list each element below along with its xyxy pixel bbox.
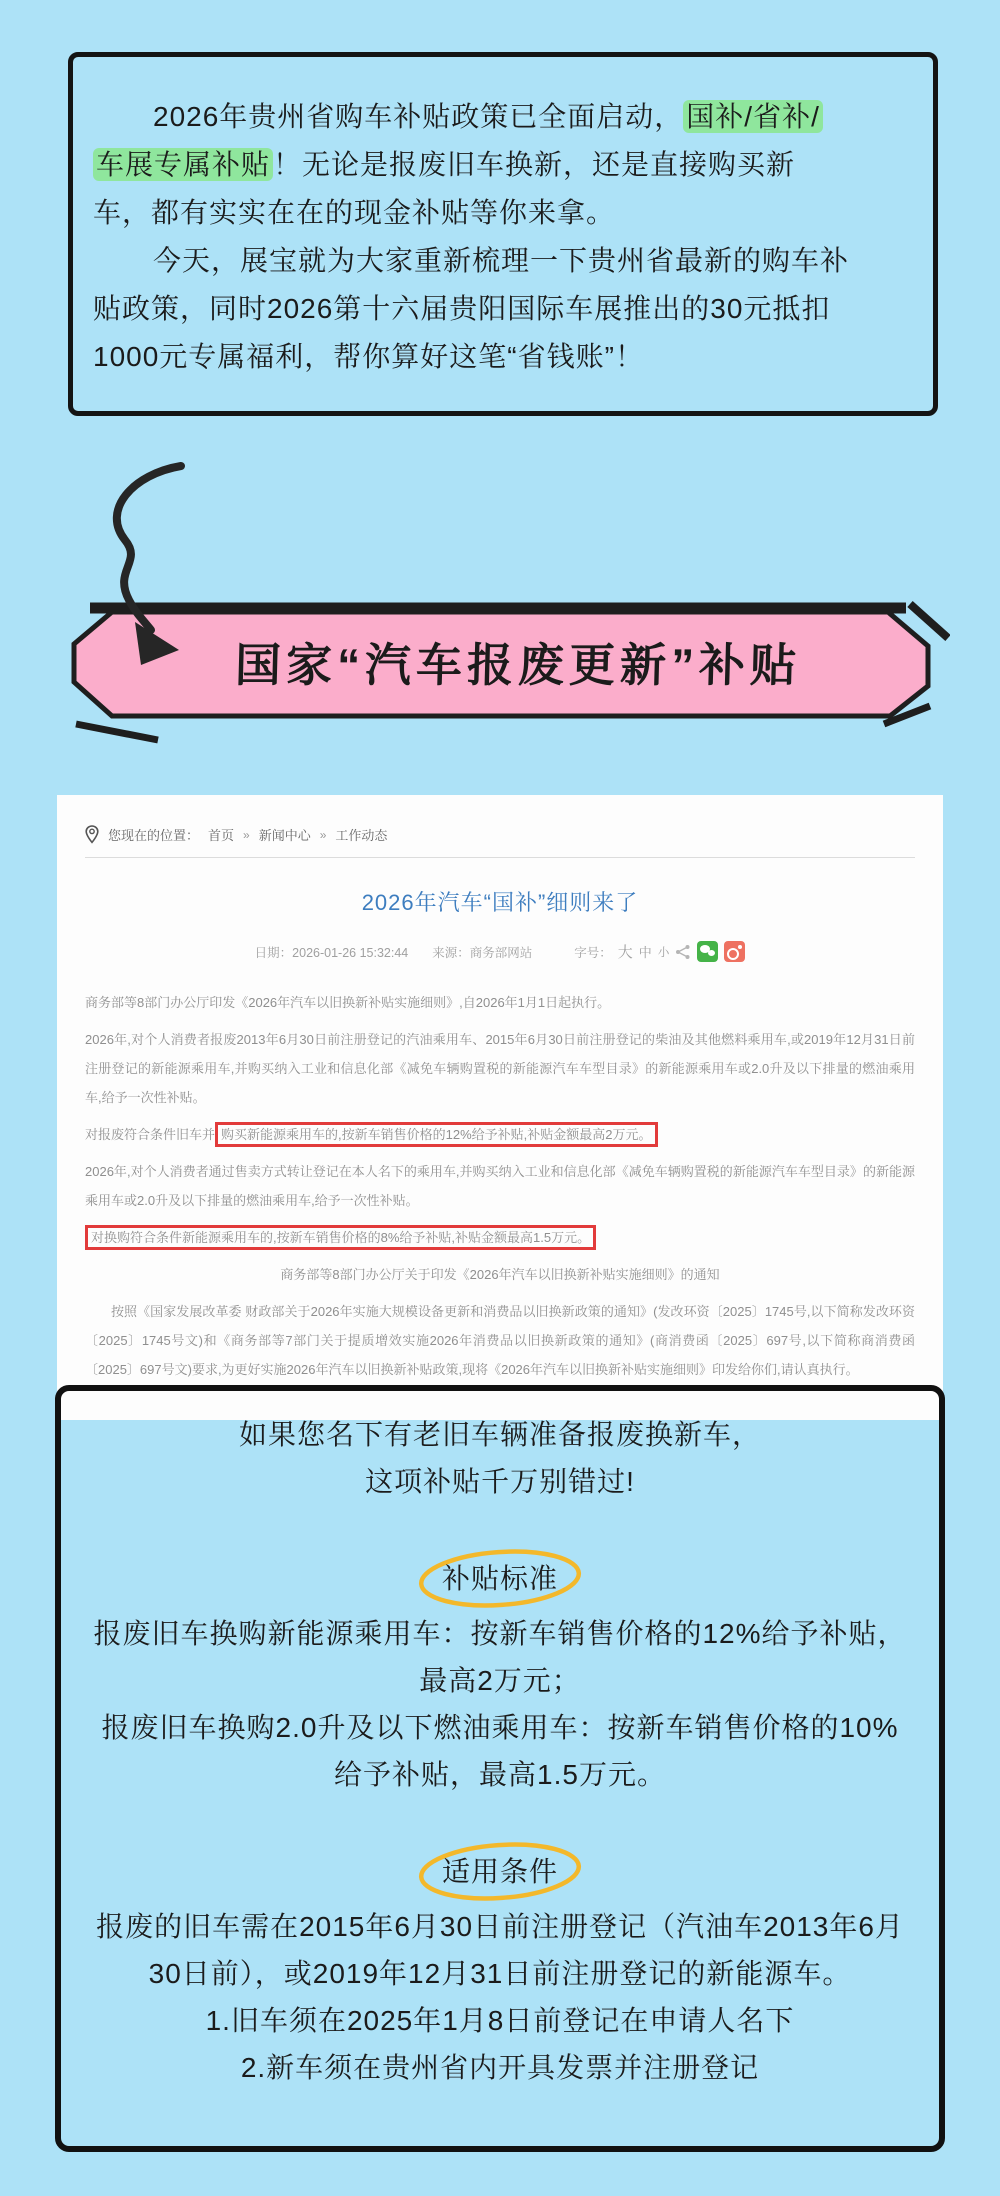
- wechat-icon[interactable]: [697, 941, 718, 962]
- intro-line: 2026年贵州省购车补贴政策已全面启动，国补/省补/: [93, 93, 913, 141]
- standard-item: 报废旧车换购新能源乘用车：按新车销售价格的12%给予补贴，最高2万元；: [91, 1610, 909, 1704]
- breadcrumb-separator: »: [320, 828, 327, 842]
- intro-text: 车，都有实实在在的现金补贴等你来拿。: [93, 197, 615, 228]
- conditions-title-circled: 适用条件: [416, 1840, 584, 1903]
- font-size-small-button[interactable]: 小: [658, 944, 670, 960]
- share-icon[interactable]: [675, 944, 691, 960]
- gov-website-screenshot: 您现在的位置： 首页 » 新闻中心 » 工作动态 2026年汽车“国补”细则来了…: [57, 795, 943, 1420]
- section-heading: 补贴标准: [442, 1563, 558, 1594]
- details-intro-line: 这项补贴千万别错过!: [91, 1458, 909, 1505]
- article-body: 商务部等8部门办公厅印发《2026年汽车以旧换新补贴实施细则》,自2026年1月…: [85, 988, 915, 1384]
- font-size-medium-button[interactable]: 中: [639, 942, 652, 961]
- red-highlight-box: 对换购符合条件新能源乘用车的,按新车销售价格的8%给予补贴,补贴金额最高1.5万…: [85, 1225, 596, 1250]
- section-heading: 适用条件: [442, 1856, 558, 1887]
- font-size-label: 字号：: [574, 943, 612, 961]
- location-pin-icon: [85, 825, 99, 844]
- divider: [85, 857, 915, 858]
- condition-item: 2.新车须在贵州省内开具发票并注册登记: [91, 2044, 909, 2091]
- breadcrumb-link-updates[interactable]: 工作动态: [335, 825, 387, 844]
- intro-box: 2026年贵州省购车补贴政策已全面启动，国补/省补/ 车展专属补贴！无论是报废旧…: [68, 52, 938, 416]
- intro-text: 贴政策，同时2026第十六届贵阳国际车展推出的30元抵扣: [93, 293, 830, 324]
- breadcrumb-link-home[interactable]: 首页: [208, 825, 234, 844]
- article-paragraph: 对报废符合条件旧车并购买新能源乘用车的,按新车销售价格的12%给予补贴,补贴金额…: [85, 1120, 915, 1149]
- article-paragraph: 商务部等8部门办公厅印发《2026年汽车以旧换新补贴实施细则》,自2026年1月…: [85, 988, 915, 1017]
- article-paragraph: 2026年,对个人消费者通过售卖方式转让登记在本人名下的乘用车,并购买纳入工业和…: [85, 1157, 915, 1215]
- subsidy-details-box: 如果您名下有老旧车辆准备报废换新车， 这项补贴千万别错过! 补贴标准 报废旧车换…: [55, 1385, 945, 2152]
- red-highlight-box: 购买新能源乘用车的,按新车销售价格的12%给予补贴,补贴金额最高2万元。: [215, 1122, 657, 1147]
- section-title: 国家“汽车报废更新”补贴: [58, 606, 951, 724]
- intro-text: ！无论是报废旧车换新，还是直接购买新: [273, 149, 795, 180]
- article-text: 对报废符合条件旧车并: [85, 1127, 215, 1142]
- intro-line: 贴政策，同时2026第十六届贵阳国际车展推出的30元抵扣: [93, 285, 913, 333]
- breadcrumb: 您现在的位置： 首页 » 新闻中心 » 工作动态: [85, 795, 915, 844]
- intro-line: 今天，展宝就为大家重新梳理一下贵州省最新的购车补: [93, 237, 913, 285]
- condition-item: 1.旧车须在2025年1月8日前登记在申请人名下: [91, 1997, 909, 2044]
- standards-title-circled: 补贴标准: [416, 1547, 584, 1610]
- highlight-text: 国补/省补/: [683, 100, 823, 133]
- condition-intro: 报废的旧车需在2015年6月30日前注册登记（汽油车2013年6月30日前），或…: [91, 1903, 909, 1997]
- article-paragraph: 按照《国家发展改革委 财政部关于2026年实施大规模设备更新和消费品以旧换新政策…: [85, 1297, 915, 1384]
- article-meta: 日期：2026-01-26 15:32:44 来源：商务部网站 字号： 大 中 …: [57, 941, 943, 962]
- intro-text: 今天，展宝就为大家重新梳理一下贵州省最新的购车补: [153, 245, 849, 276]
- details-intro-line: 如果您名下有老旧车辆准备报废换新车，: [91, 1411, 909, 1458]
- breadcrumb-link-news[interactable]: 新闻中心: [259, 825, 311, 844]
- article-paragraph: 对换购符合条件新能源乘用车的,按新车销售价格的8%给予补贴,补贴金额最高1.5万…: [85, 1223, 915, 1252]
- article-paragraph: 商务部等8部门办公厅关于印发《2026年汽车以旧换新补贴实施细则》的通知: [85, 1260, 915, 1289]
- breadcrumb-separator: »: [243, 828, 250, 842]
- article-paragraph: 2026年,对个人消费者报废2013年6月30日前注册登记的汽油乘用车、2015…: [85, 1025, 915, 1112]
- breadcrumb-label: 您现在的位置：: [108, 825, 199, 844]
- font-size-large-button[interactable]: 大: [618, 941, 633, 962]
- intro-text: 1000元专属福利，帮你算好这笔“省钱账”！: [93, 341, 644, 372]
- weibo-icon[interactable]: [724, 941, 745, 962]
- standard-item: 报废旧车换购2.0升及以下燃油乘用车：按新车销售价格的10%给予补贴，最高1.5…: [91, 1704, 909, 1798]
- article-date: 日期：2026-01-26 15:32:44: [255, 943, 409, 961]
- intro-text: 2026年贵州省购车补贴政策已全面启动，: [153, 101, 683, 132]
- article-source: 来源：商务部网站: [432, 943, 532, 961]
- intro-line: 车，都有实实在在的现金补贴等你来拿。: [93, 189, 913, 237]
- highlight-text: 车展专属补贴: [93, 148, 273, 181]
- intro-line: 1000元专属福利，帮你算好这笔“省钱账”！: [93, 333, 913, 381]
- intro-line: 车展专属补贴！无论是报废旧车换新，还是直接购买新: [93, 141, 913, 189]
- article-title: 2026年汽车“国补”细则来了: [57, 886, 943, 917]
